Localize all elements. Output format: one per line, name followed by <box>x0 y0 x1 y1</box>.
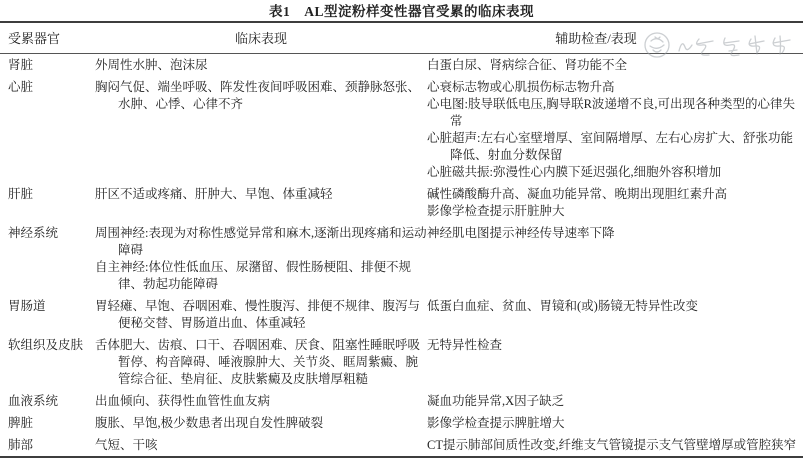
table-header-row: 受累器官 临床表现 辅助检查/表现 <box>0 23 803 54</box>
organ-cell: 软组织及皮肤 <box>0 337 95 388</box>
clinical-cell: 气短、干咳 <box>95 437 427 454</box>
clinical-item: 腹胀、早饱,极少数患者出现自发性脾破裂 <box>95 415 427 432</box>
auxiliary-item: 心电图:肢导联低电压,胸导联R波递增不良,可出现各种类型的心律失常 <box>427 96 797 130</box>
auxiliary-item: 心脏超声:左右心室壁增厚、室间隔增厚、左右心房扩大、舒张功能降低、射血分数保留 <box>427 130 797 164</box>
header-auxiliary: 辅助检查/表现 <box>427 28 803 47</box>
auxiliary-item: 心衰标志物或心肌损伤标志物升高 <box>427 79 797 96</box>
clinical-cell: 外周性水肿、泡沫尿 <box>95 57 427 74</box>
auxiliary-cell: 凝血功能异常,X因子缺乏 <box>427 393 803 410</box>
auxiliary-cell: 神经肌电图提示神经传导速率下降 <box>427 225 803 293</box>
auxiliary-item: 白蛋白尿、肾病综合征、肾功能不全 <box>427 57 797 74</box>
clinical-cell: 肝区不适或疼痛、肝肿大、早饱、体重减轻 <box>95 186 427 220</box>
clinical-cell: 腹胀、早饱,极少数患者出现自发性脾破裂 <box>95 415 427 432</box>
table-row: 肝脏 肝区不适或疼痛、肝肿大、早饱、体重减轻 碱性磷酸酶升高、凝血功能异常、晚期… <box>0 183 803 222</box>
header-organ: 受累器官 <box>0 28 95 47</box>
table-row: 脾脏 腹胀、早饱,极少数患者出现自发性脾破裂 影像学检查提示脾脏增大 <box>0 412 803 434</box>
data-table: 受累器官 临床表现 辅助检查/表现 肾脏 外周性水肿、泡沫尿 白蛋白尿、肾病综合… <box>0 21 803 458</box>
organ-cell: 心脏 <box>0 79 95 181</box>
auxiliary-item: 神经肌电图提示神经传导速率下降 <box>427 225 797 242</box>
table-row: 胃肠道 胃轻瘫、早饱、吞咽困难、慢性腹泻、排便不规律、腹泻与便秘交替、胃肠道出血… <box>0 295 803 334</box>
auxiliary-cell: 低蛋白血症、贫血、胃镜和(或)肠镜无特异性改变 <box>427 298 803 332</box>
header-clinical: 临床表现 <box>95 28 427 47</box>
auxiliary-item: 低蛋白血症、贫血、胃镜和(或)肠镜无特异性改变 <box>427 298 797 315</box>
auxiliary-cell: CT提示肺部间质性改变,纤维支气管镜提示支气管壁增厚或管腔狭窄 <box>427 437 803 454</box>
auxiliary-cell: 碱性磷酸酶升高、凝血功能异常、晚期出现胆红素升高 影像学检查提示肝脏肿大 <box>427 186 803 220</box>
auxiliary-cell: 心衰标志物或心肌损伤标志物升高 心电图:肢导联低电压,胸导联R波递增不良,可出现… <box>427 79 803 181</box>
clinical-cell: 胃轻瘫、早饱、吞咽困难、慢性腹泻、排便不规律、腹泻与便秘交替、胃肠道出血、体重减… <box>95 298 427 332</box>
table-row: 血液系统 出血倾向、获得性血管性血友病 凝血功能异常,X因子缺乏 <box>0 390 803 412</box>
organ-cell: 血液系统 <box>0 393 95 410</box>
clinical-item: 胸闷气促、端坐呼吸、阵发性夜间呼吸困难、颈静脉怒张、水肿、心悸、心律不齐 <box>95 79 427 113</box>
auxiliary-item: 碱性磷酸酶升高、凝血功能异常、晚期出现胆红素升高 <box>427 186 797 203</box>
auxiliary-cell: 影像学检查提示脾脏增大 <box>427 415 803 432</box>
table-row: 心脏 胸闷气促、端坐呼吸、阵发性夜间呼吸困难、颈静脉怒张、水肿、心悸、心律不齐 … <box>0 76 803 183</box>
auxiliary-cell: 无特异性检查 <box>427 337 803 388</box>
auxiliary-item: CT提示肺部间质性改变,纤维支气管镜提示支气管壁增厚或管腔狭窄 <box>427 437 797 454</box>
auxiliary-item: 无特异性检查 <box>427 337 797 354</box>
auxiliary-item: 影像学检查提示脾脏增大 <box>427 415 797 432</box>
clinical-cell: 胸闷气促、端坐呼吸、阵发性夜间呼吸困难、颈静脉怒张、水肿、心悸、心律不齐 <box>95 79 427 181</box>
auxiliary-item: 影像学检查提示肝脏肿大 <box>427 203 797 220</box>
clinical-cell: 舌体肥大、齿痕、口干、吞咽困难、厌食、阻塞性睡眠呼吸暂停、构音障碍、唾液腺肿大、… <box>95 337 427 388</box>
organ-cell: 肺部 <box>0 437 95 454</box>
journal-table-page: 表1 AL型淀粉样变性器官受累的临床表现 受累器官 临床表现 辅助检查/表现 肾… <box>0 0 803 471</box>
table-row: 软组织及皮肤 舌体肥大、齿痕、口干、吞咽困难、厌食、阻塞性睡眠呼吸暂停、构音障碍… <box>0 334 803 390</box>
organ-cell: 神经系统 <box>0 225 95 293</box>
organ-cell: 肝脏 <box>0 186 95 220</box>
auxiliary-item: 凝血功能异常,X因子缺乏 <box>427 393 797 410</box>
auxiliary-item: 心脏磁共振:弥漫性心内膜下延迟强化,细胞外容积增加 <box>427 164 797 181</box>
organ-cell: 脾脏 <box>0 415 95 432</box>
table-row: 神经系统 周围神经:表现为对称性感觉异常和麻木,逐渐出现疼痛和运动障碍 自主神经… <box>0 222 803 295</box>
organ-cell: 胃肠道 <box>0 298 95 332</box>
clinical-item: 胃轻瘫、早饱、吞咽困难、慢性腹泻、排便不规律、腹泻与便秘交替、胃肠道出血、体重减… <box>95 298 427 332</box>
clinical-item: 周围神经:表现为对称性感觉异常和麻木,逐渐出现疼痛和运动障碍 <box>95 225 427 259</box>
page-title: 表1 AL型淀粉样变性器官受累的临床表现 <box>0 0 803 21</box>
clinical-cell: 出血倾向、获得性血管性血友病 <box>95 393 427 410</box>
clinical-cell: 周围神经:表现为对称性感觉异常和麻木,逐渐出现疼痛和运动障碍 自主神经:体位性低… <box>95 225 427 293</box>
table-row: 肺部 气短、干咳 CT提示肺部间质性改变,纤维支气管镜提示支气管壁增厚或管腔狭窄 <box>0 434 803 456</box>
table-row: 肾脏 外周性水肿、泡沫尿 白蛋白尿、肾病综合征、肾功能不全 <box>0 54 803 76</box>
clinical-item: 出血倾向、获得性血管性血友病 <box>95 393 427 410</box>
clinical-item: 自主神经:体位性低血压、尿潴留、假性肠梗阻、排便不规律、勃起功能障碍 <box>95 259 427 293</box>
auxiliary-cell: 白蛋白尿、肾病综合征、肾功能不全 <box>427 57 803 74</box>
organ-cell: 肾脏 <box>0 57 95 74</box>
clinical-item: 肝区不适或疼痛、肝肿大、早饱、体重减轻 <box>95 186 427 203</box>
clinical-item: 外周性水肿、泡沫尿 <box>95 57 427 74</box>
clinical-item: 舌体肥大、齿痕、口干、吞咽困难、厌食、阻塞性睡眠呼吸暂停、构音障碍、唾液腺肿大、… <box>95 337 427 388</box>
clinical-item: 气短、干咳 <box>95 437 427 454</box>
